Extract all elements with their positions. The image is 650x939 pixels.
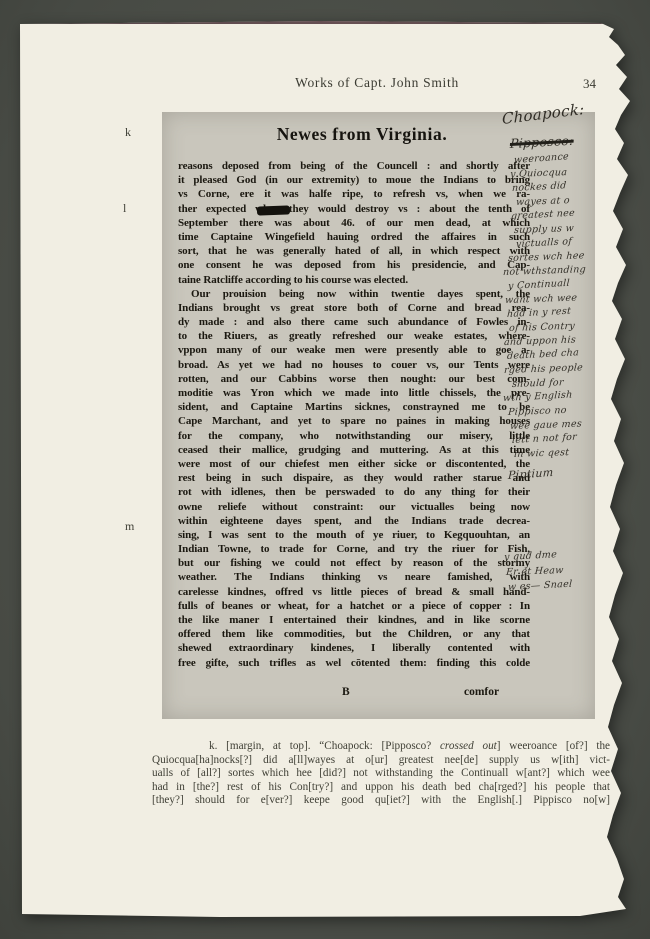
marginalia-fragment: in wic qest bbox=[514, 447, 570, 460]
marginalia-fragment: supply us w bbox=[514, 223, 575, 236]
marginalia-fragment: not wthstanding bbox=[503, 264, 587, 278]
book-page: Works of Capt. John Smith 34 klm Newes f… bbox=[20, 21, 635, 917]
marginalia-layer: Choapock:Pipposco:weeroancey Quiocquanoc… bbox=[162, 112, 595, 719]
running-header: Works of Capt. John Smith bbox=[295, 75, 459, 91]
marginalia-fragment: wee gaue mes bbox=[510, 418, 583, 432]
footnote-line: ualls of [all?] sortes which hee [did?] … bbox=[152, 767, 610, 781]
paper-shadow: Works of Capt. John Smith 34 klm Newes f… bbox=[20, 21, 635, 917]
marginalia-fragment: had in y rest bbox=[507, 306, 572, 320]
marginalia-fragment: and uppon his bbox=[504, 334, 577, 348]
footnote-line: k. [margin, at top]. “Choapock: [Pipposc… bbox=[152, 740, 610, 754]
scan-background: Works of Capt. John Smith 34 klm Newes f… bbox=[0, 0, 650, 939]
marginalia-fragment: Er et Heaw bbox=[506, 565, 564, 578]
marginalia-fragment: greatest nee bbox=[511, 208, 576, 222]
marginalia-fragment: Pippisco no bbox=[508, 405, 567, 418]
marginalia-fragment: death bed cha bbox=[507, 347, 580, 362]
footnote-block: k. [margin, at top]. “Choapock: [Pipposc… bbox=[152, 740, 610, 808]
marginalia-fragment: wayes at o bbox=[516, 195, 571, 208]
marginalia-fragment: y Continuall bbox=[508, 278, 570, 292]
margin-letter-m: m bbox=[125, 519, 134, 534]
marginalia-fragment: nockes did bbox=[512, 180, 567, 194]
footnote-text: ] weeroance [of?] the bbox=[497, 740, 610, 752]
footnote-line: Quiocqua[ha]nocks[?] did a[ll]wayes at o… bbox=[152, 754, 610, 768]
marginalia-fragment: wth y English bbox=[503, 389, 573, 404]
marginalia-fragment: Choapock: bbox=[502, 100, 585, 128]
footnote-lines: Quiocqua[ha]nocks[?] did a[ll]wayes at o… bbox=[152, 754, 610, 808]
marginalia-fragment: Pipposco: bbox=[510, 133, 574, 151]
footnote-italic-text: crossed out bbox=[440, 740, 497, 752]
marginalia-fragment: weeroance bbox=[514, 151, 569, 166]
marginalia-fragment: of his Contry bbox=[509, 321, 576, 334]
marginalia-fragment: y Quiocqua bbox=[510, 167, 568, 180]
marginalia-fragment: should for bbox=[512, 377, 564, 390]
marginalia-fragment: want wch wee bbox=[505, 292, 578, 306]
marginalia-fragment: y qud dme bbox=[504, 549, 558, 563]
margin-letter-k: k bbox=[125, 125, 131, 140]
marginalia-fragment: victualls of bbox=[516, 236, 573, 250]
marginalia-fragment: rged his people bbox=[504, 362, 584, 376]
footnote-line: had in [the?] rest of his Con[try?] and … bbox=[152, 781, 610, 795]
footnote-text: k. [margin, at top]. “Choapock: [Pipposc… bbox=[209, 740, 440, 752]
margin-letter-l: l bbox=[123, 201, 126, 216]
marginalia-fragment: w es— Snael bbox=[508, 579, 573, 593]
facsimile-image: Newes from Virginia. reasons deposed fro… bbox=[162, 112, 595, 719]
footnote-line: [they?] should for e[ver?] keepe good qu… bbox=[152, 794, 610, 808]
marginalia-fragment: Piptium bbox=[508, 466, 554, 482]
marginalia-fragment: lett n not for bbox=[512, 432, 578, 446]
marginalia-fragment: sortes wch hee bbox=[508, 250, 585, 264]
page-number: 34 bbox=[583, 76, 596, 92]
